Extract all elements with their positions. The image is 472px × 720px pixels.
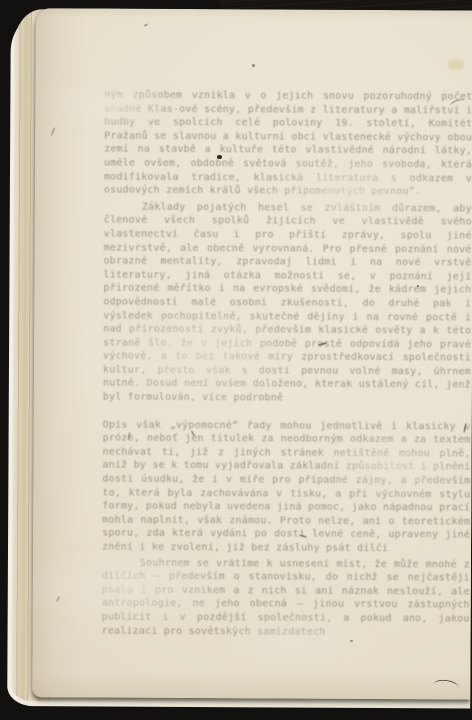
ghost-paragraph-3: Opis však „výpomocné“ řady mohou jednotl… — [102, 418, 471, 556]
faded-typewriter-text: ným způsobem vznikla v o jejich snovu po… — [102, 89, 472, 643]
ghost-paragraph-2: Základy pojatých hesel se zvláštním důra… — [103, 200, 472, 406]
scanned-book-photo: ným způsobem vznikla v o jejich snovu po… — [0, 0, 472, 720]
ghost-paragraph-4: Souhrnem se vrátíme k usnesení míst, že … — [102, 556, 470, 639]
book-page-stack: ným způsobem vznikla v o jejich snovu po… — [0, 0, 472, 720]
blank-page: ným způsobem vznikla v o jejich snovu po… — [32, 8, 472, 699]
ghost-paragraph-1: ným způsobem vznikla v o jejich snovu po… — [104, 89, 472, 200]
